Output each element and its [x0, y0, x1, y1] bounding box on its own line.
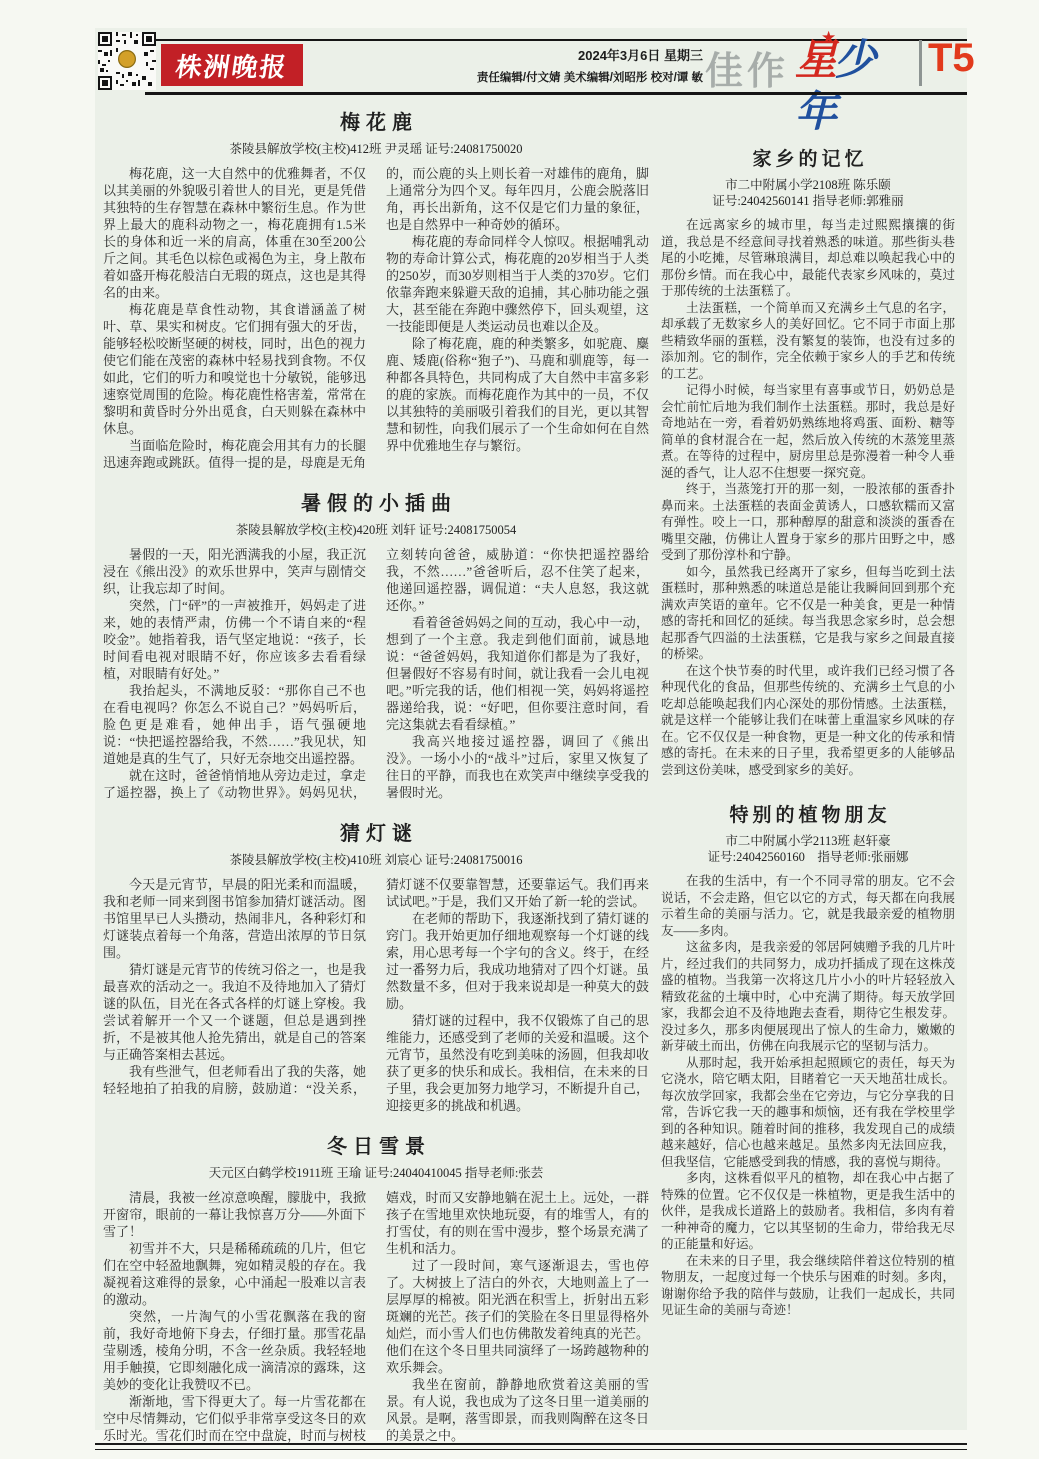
paragraph: 梅花鹿是草食性动物，其食谱涵盖了树叶、草、果实和树皮。它们拥有强大的牙齿，能够轻…: [103, 301, 366, 437]
right-articles-section: 家乡的记忆 市二中附属小学2108班 陈乐颐 证号:24042560141 指导…: [661, 144, 955, 1319]
article: 冬日雪景 天元区白鹤学校1911班 王瑜 证号:24040410045 指导老师…: [103, 1130, 649, 1444]
article: 梅花鹿 茶陵县解放学校(主校)412班 尹灵瑶 证号:24081750020 梅…: [103, 106, 649, 471]
article: 家乡的记忆 市二中附属小学2108班 陈乐颐 证号:24042560141 指导…: [661, 144, 955, 778]
paragraph: 在我的生活中，有一个不同寻常的朋友。它不会说话，不会走路，但它以它的方式，每天都…: [661, 873, 955, 939]
article-title: 冬日雪景: [103, 1130, 649, 1159]
article-title: 家乡的记忆: [661, 144, 955, 171]
paragraph: 从那时起，我开始承担起照顾它的责任，每天为它浇水，陪它晒太阳，目睹着它一天天地茁…: [661, 1055, 955, 1171]
paragraph: 我高兴地接过遥控器，调回了《熊出没》。一场小小的“战斗”过后，家里又恢复了往日的…: [386, 733, 649, 801]
article-byline: 茶陵县解放学校(主校)410班 刘宸心 证号:24081750016: [103, 852, 649, 868]
article-title: 暑假的小插曲: [103, 487, 649, 516]
paragraph: 如今，虽然我已经离开了家乡，但每当吃到土法蛋糕时，那种熟悉的味道总是能让我瞬间回…: [661, 564, 955, 663]
article-body: 今天是元宵节，早晨的阳光柔和而温暖，我和老师一同来到图书馆参加猜灯谜活动。图书馆…: [103, 876, 649, 1114]
date-text: 2024年3月6日 星期三: [425, 45, 703, 64]
paragraph: 在老师的帮助下，我逐渐找到了猜灯谜的窍门。我开始更加仔细地观察每一个灯谜的线索，…: [386, 910, 649, 1012]
paragraph: 在未来的日子里，我会继续陪伴着这位特别的植物朋友，一起度过每一个快乐与困难的时刻…: [661, 1253, 955, 1319]
article: 猜灯谜 茶陵县解放学校(主校)410班 刘宸心 证号:24081750016 今…: [103, 817, 649, 1114]
article-body: 在我的生活中，有一个不同寻常的朋友。它不会说话，不会走路，但它以它的方式，每天都…: [661, 873, 955, 1319]
paragraph: 突然，一片淘气的小雪花飘落在我的窗前，我好奇地俯下身去，仔细打量。那雪花晶莹剔透…: [103, 1308, 366, 1393]
paragraph: 猜灯谜是元宵节的传统习俗之一，也是我最喜欢的活动之一。我迫不及待地加入了猜灯谜的…: [103, 961, 366, 1063]
masthead-text: 株洲晚报: [173, 47, 290, 84]
paragraph: 暑假的一天，阳光洒满我的小屋，我正沉浸在《熊出没》的欢乐世界中，笑声与剧情交织，…: [103, 546, 366, 597]
article-byline: 茶陵县解放学校(主校)412班 尹灵瑶 证号:24081750020: [103, 141, 649, 157]
page-number: T5: [928, 36, 975, 81]
left-articles-section: 梅花鹿 茶陵县解放学校(主校)412班 尹灵瑶 证号:24081750020 梅…: [103, 106, 649, 1444]
paragraph: 我抬起头，不满地反驳：“那你自己不也在看电视吗？你怎么不说自己？”妈妈听后，脸色…: [103, 682, 366, 767]
paragraph: 终于，当蒸笼打开的那一刻，一股浓郁的蛋香扑鼻而来。土法蛋糕的表面金黄诱人，口感软…: [661, 481, 955, 564]
paragraph: 初雪并不大，只是稀稀疏疏的几片，但它们在空中轻盈地飘舞，宛如精灵般的存在。我凝视…: [103, 1240, 366, 1308]
paragraph: 梅花鹿的寿命同样令人惊叹。根据哺乳动物的寿命计算公式，梅花鹿的20岁相当于人类的…: [386, 233, 649, 335]
dateline: 2024年3月6日 星期三 责任编辑/付文婧 美术编辑/刘昭彤 校对/谭 敏: [425, 45, 703, 85]
paragraph: 今天是元宵节，早晨的阳光柔和而温暖，我和老师一同来到图书馆参加猜灯谜活动。图书馆…: [103, 876, 366, 961]
masthead-logo: 株洲晚报: [161, 44, 303, 86]
article-byline: 茶陵县解放学校(主校)420班 刘轩 证号:24081750054: [103, 522, 649, 538]
paragraph: 多肉，这株看似平凡的植物，却在我心中占据了特殊的位置。它不仅仅是一株植物，更是我…: [661, 1170, 955, 1253]
page-header: 株洲晚报 2024年3月6日 星期三 责任编辑/付文婧 美术编辑/刘昭彤 校对/…: [95, 28, 967, 100]
qr-code: [98, 32, 156, 90]
paragraph: 这盆多肉，是我亲爱的邻居阿姨赠予我的几片叶片，经过我们的共同努力，成功扦插成了现…: [661, 939, 955, 1055]
article-byline: 市二中附属小学2108班 陈乐颐: [661, 177, 955, 193]
page-bottom-rule: [95, 1443, 967, 1450]
article-title: 特别的植物朋友: [661, 800, 955, 827]
article: 特别的植物朋友 市二中附属小学2113班 赵轩豪 证号:24042560160 …: [661, 800, 955, 1319]
article-body: 在远离家乡的城市里，每当走过熙熙攘攘的街道，我总是不经意间寻找着熟悉的味道。那些…: [661, 217, 955, 778]
paragraph: 土法蛋糕，一个简单而又充满乡土气息的名字，却承载了无数家乡人的美好回忆。它不同于…: [661, 300, 955, 383]
article-body: 暑假的一天，阳光洒满我的小屋，我正沉浸在《熊出没》的欢乐世界中，笑声与剧情交织，…: [103, 546, 649, 801]
header-divider: [919, 40, 922, 86]
paragraph: 猜灯谜的过程中，我不仅锻炼了自己的思维能力，还感受到了老师的关爱和温暖。这个元宵…: [386, 1012, 649, 1114]
article: 暑假的小插曲 茶陵县解放学校(主校)420班 刘轩 证号:24081750054…: [103, 487, 649, 801]
header-bottom-rule: [145, 92, 967, 95]
paragraph: 在这个快节奏的时代里，或许我们已经习惯了各种现代化的食品，但那些传统的、充满乡土…: [661, 663, 955, 779]
article-title: 猜灯谜: [103, 817, 649, 846]
section-label: 佳作: [705, 40, 789, 95]
newspaper-page: 株洲晚报 2024年3月6日 星期三 责任编辑/付文婧 美术编辑/刘昭彤 校对/…: [95, 28, 967, 1430]
star-icon: ★: [821, 28, 836, 48]
paragraph: 我坐在窗前，静静地欣赏着这美丽的雪景。有人说，我也成为了这冬日里一道美丽的风景。…: [386, 1376, 649, 1444]
article-byline: 市二中附属小学2113班 赵轩豪: [661, 833, 955, 849]
paragraph: 梅花鹿，这一大自然中的优雅舞者，不仅以其美丽的外貌吸引着世人的目光，更是凭借其独…: [103, 165, 366, 301]
editors-text: 责任编辑/付文婧 美术编辑/刘昭彤 校对/谭 敏: [425, 69, 703, 85]
paragraph: 突然，门“砰”的一声被推开，妈妈走了进来，她的表情严肃，仿佛一个不请自来的“程咬…: [103, 597, 366, 682]
paragraph: 看着爸爸妈妈之间的互动，我心中一动，想到了一个主意。我走到他们面前，诚恳地说：“…: [386, 614, 649, 733]
paragraph: 在远离家乡的城市里，每当走过熙熙攘攘的街道，我总是不经意间寻找着熟悉的味道。那些…: [661, 217, 955, 300]
paragraph: 清晨，我被一丝凉意唤醒，朦胧中，我掀开窗帘，眼前的一幕让我惊喜万分——外面下雪了…: [103, 1189, 366, 1240]
paragraph: 过了一段时间，寒气逐渐退去，雪也停了。大树披上了洁白的外衣，大地则盖上了一层厚厚…: [386, 1257, 649, 1376]
article-body: 清晨，我被一丝凉意唤醒，朦胧中，我掀开窗帘，眼前的一幕让我惊喜万分——外面下雪了…: [103, 1189, 649, 1444]
article-title: 梅花鹿: [103, 106, 649, 135]
brand-logo: ★星少年: [795, 34, 915, 90]
paragraph: 除了梅花鹿，鹿的种类繁多，如驼鹿、麋鹿、矮鹿(俗称“狍子”)、马鹿和驯鹿等，每一…: [386, 335, 649, 454]
article-body: 梅花鹿，这一大自然中的优雅舞者，不仅以其美丽的外貌吸引着世人的目光，更是凭借其独…: [103, 165, 649, 471]
article-byline: 天元区白鹤学校1911班 王瑜 证号:24040410045 指导老师:张芸: [103, 1165, 649, 1181]
paragraph: 记得小时候，每当家里有喜事或节日，奶奶总是会忙前忙后地为我们制作土法蛋糕。那时，…: [661, 382, 955, 481]
article-byline-2: 证号:24042560141 指导老师:郭雅丽: [661, 193, 955, 209]
article-byline-2: 证号:24042560160 指导老师:张丽娜: [661, 849, 955, 865]
